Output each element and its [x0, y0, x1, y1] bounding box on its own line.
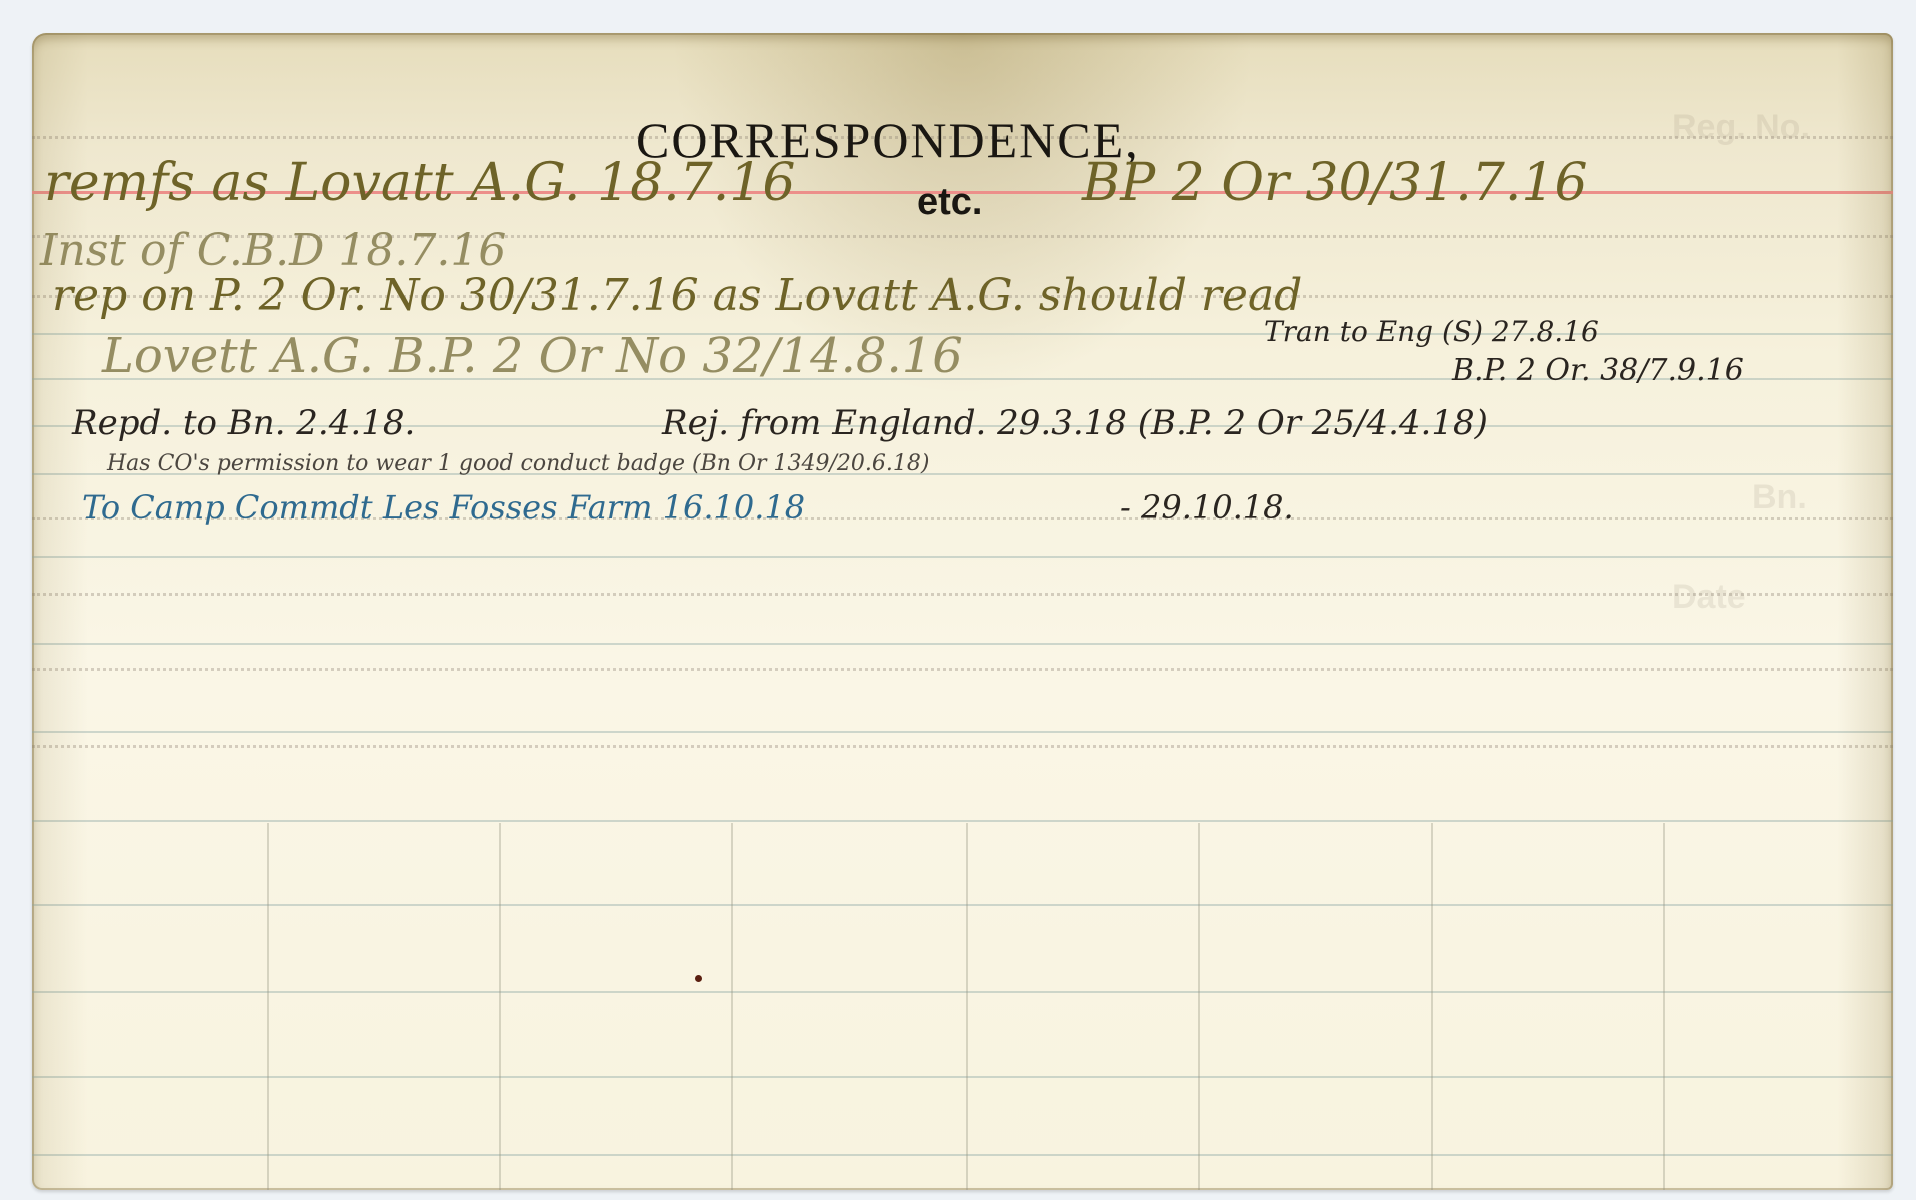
grid-column-line [499, 823, 501, 1190]
ruled-line [32, 904, 1893, 906]
ruled-line [32, 991, 1893, 993]
grid-column-line [966, 823, 968, 1190]
handwritten-entry: B.P. 2 Or. 38/7.9.16 [1452, 353, 1744, 388]
dotted-rule [32, 745, 1893, 748]
ruled-line [32, 820, 1893, 822]
handwritten-entry: Has CO's permission to wear 1 good condu… [107, 451, 929, 476]
grid-column-line [1663, 823, 1665, 1190]
ruled-line [32, 1154, 1893, 1156]
ruled-line [32, 1076, 1893, 1078]
handwritten-entry: To Camp Commdt Les Fosses Farm 16.10.18 [82, 488, 805, 526]
grid-column-line [731, 823, 733, 1190]
handwritten-entry: Tran to Eng (S) 27.8.16 [1264, 315, 1599, 348]
dotted-rule [32, 593, 1893, 596]
ruled-line [32, 556, 1893, 558]
record-card: Reg. No. Bn. Date CORRESPONDENCE, etc. r… [32, 33, 1893, 1190]
handwritten-entry: BP 2 Or 30/31.7.16 [1082, 153, 1588, 213]
handwritten-entry: Inst of C.B.D 18.7.16 [40, 225, 506, 276]
handwritten-entry: Rej. from England. 29.3.18 (B.P. 2 Or 25… [662, 403, 1488, 443]
dotted-rule [32, 668, 1893, 671]
show-through-text: Reg. No. [1672, 108, 1810, 147]
show-through-text: Date [1672, 578, 1746, 617]
ruled-line [32, 643, 1893, 645]
ruled-line [32, 731, 1893, 733]
handwritten-entry: - 29.10.18. [1120, 488, 1294, 526]
grid-column-line [267, 823, 269, 1190]
handwritten-entry: rep on P. 2 Or. No 30/31.7.16 as Lovatt … [52, 270, 1302, 321]
card-subheading: etc. [917, 181, 982, 224]
show-through-text: Bn. [1752, 478, 1807, 517]
handwritten-entry: Repd. to Bn. 2.4.18. [72, 403, 415, 443]
grid-column-line [1198, 823, 1200, 1190]
grid-column-line [1431, 823, 1433, 1190]
handwritten-entry: Lovett A.G. B.P. 2 Or No 32/14.8.16 [102, 328, 963, 384]
ink-spot [695, 975, 702, 982]
handwritten-entry: remfs as Lovatt A.G. 18.7.16 [44, 153, 795, 213]
